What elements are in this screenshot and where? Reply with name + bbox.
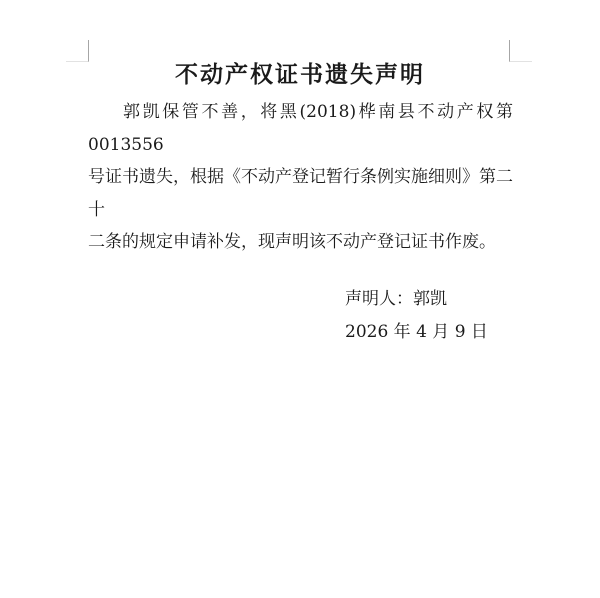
margin-mark-top-right: [509, 40, 532, 62]
margin-mark-top-left: [66, 40, 89, 62]
date-line: 2026 年 4 月 9 日: [345, 316, 488, 349]
document-body: 郭凯保管不善，将黑(2018)桦南县不动产权第 0013556 号证书遗失，根据…: [88, 96, 513, 259]
body-line-1: 郭凯保管不善，将黑(2018)桦南县不动产权第 0013556: [88, 96, 513, 161]
document-title: 不动产权证书遗失声明: [88, 58, 512, 92]
body-line-3: 二条的规定申请补发，现声明该不动产登记证书作废。: [88, 226, 513, 259]
body-line-2: 号证书遗失，根据《不动产登记暂行条例实施细则》第二十: [88, 161, 513, 226]
declarant-line: 声明人：郭凯: [345, 283, 488, 316]
document-page: 不动产权证书遗失声明 郭凯保管不善，将黑(2018)桦南县不动产权第 00135…: [0, 0, 600, 598]
signature-block: 声明人：郭凯 2026 年 4 月 9 日: [345, 283, 488, 348]
